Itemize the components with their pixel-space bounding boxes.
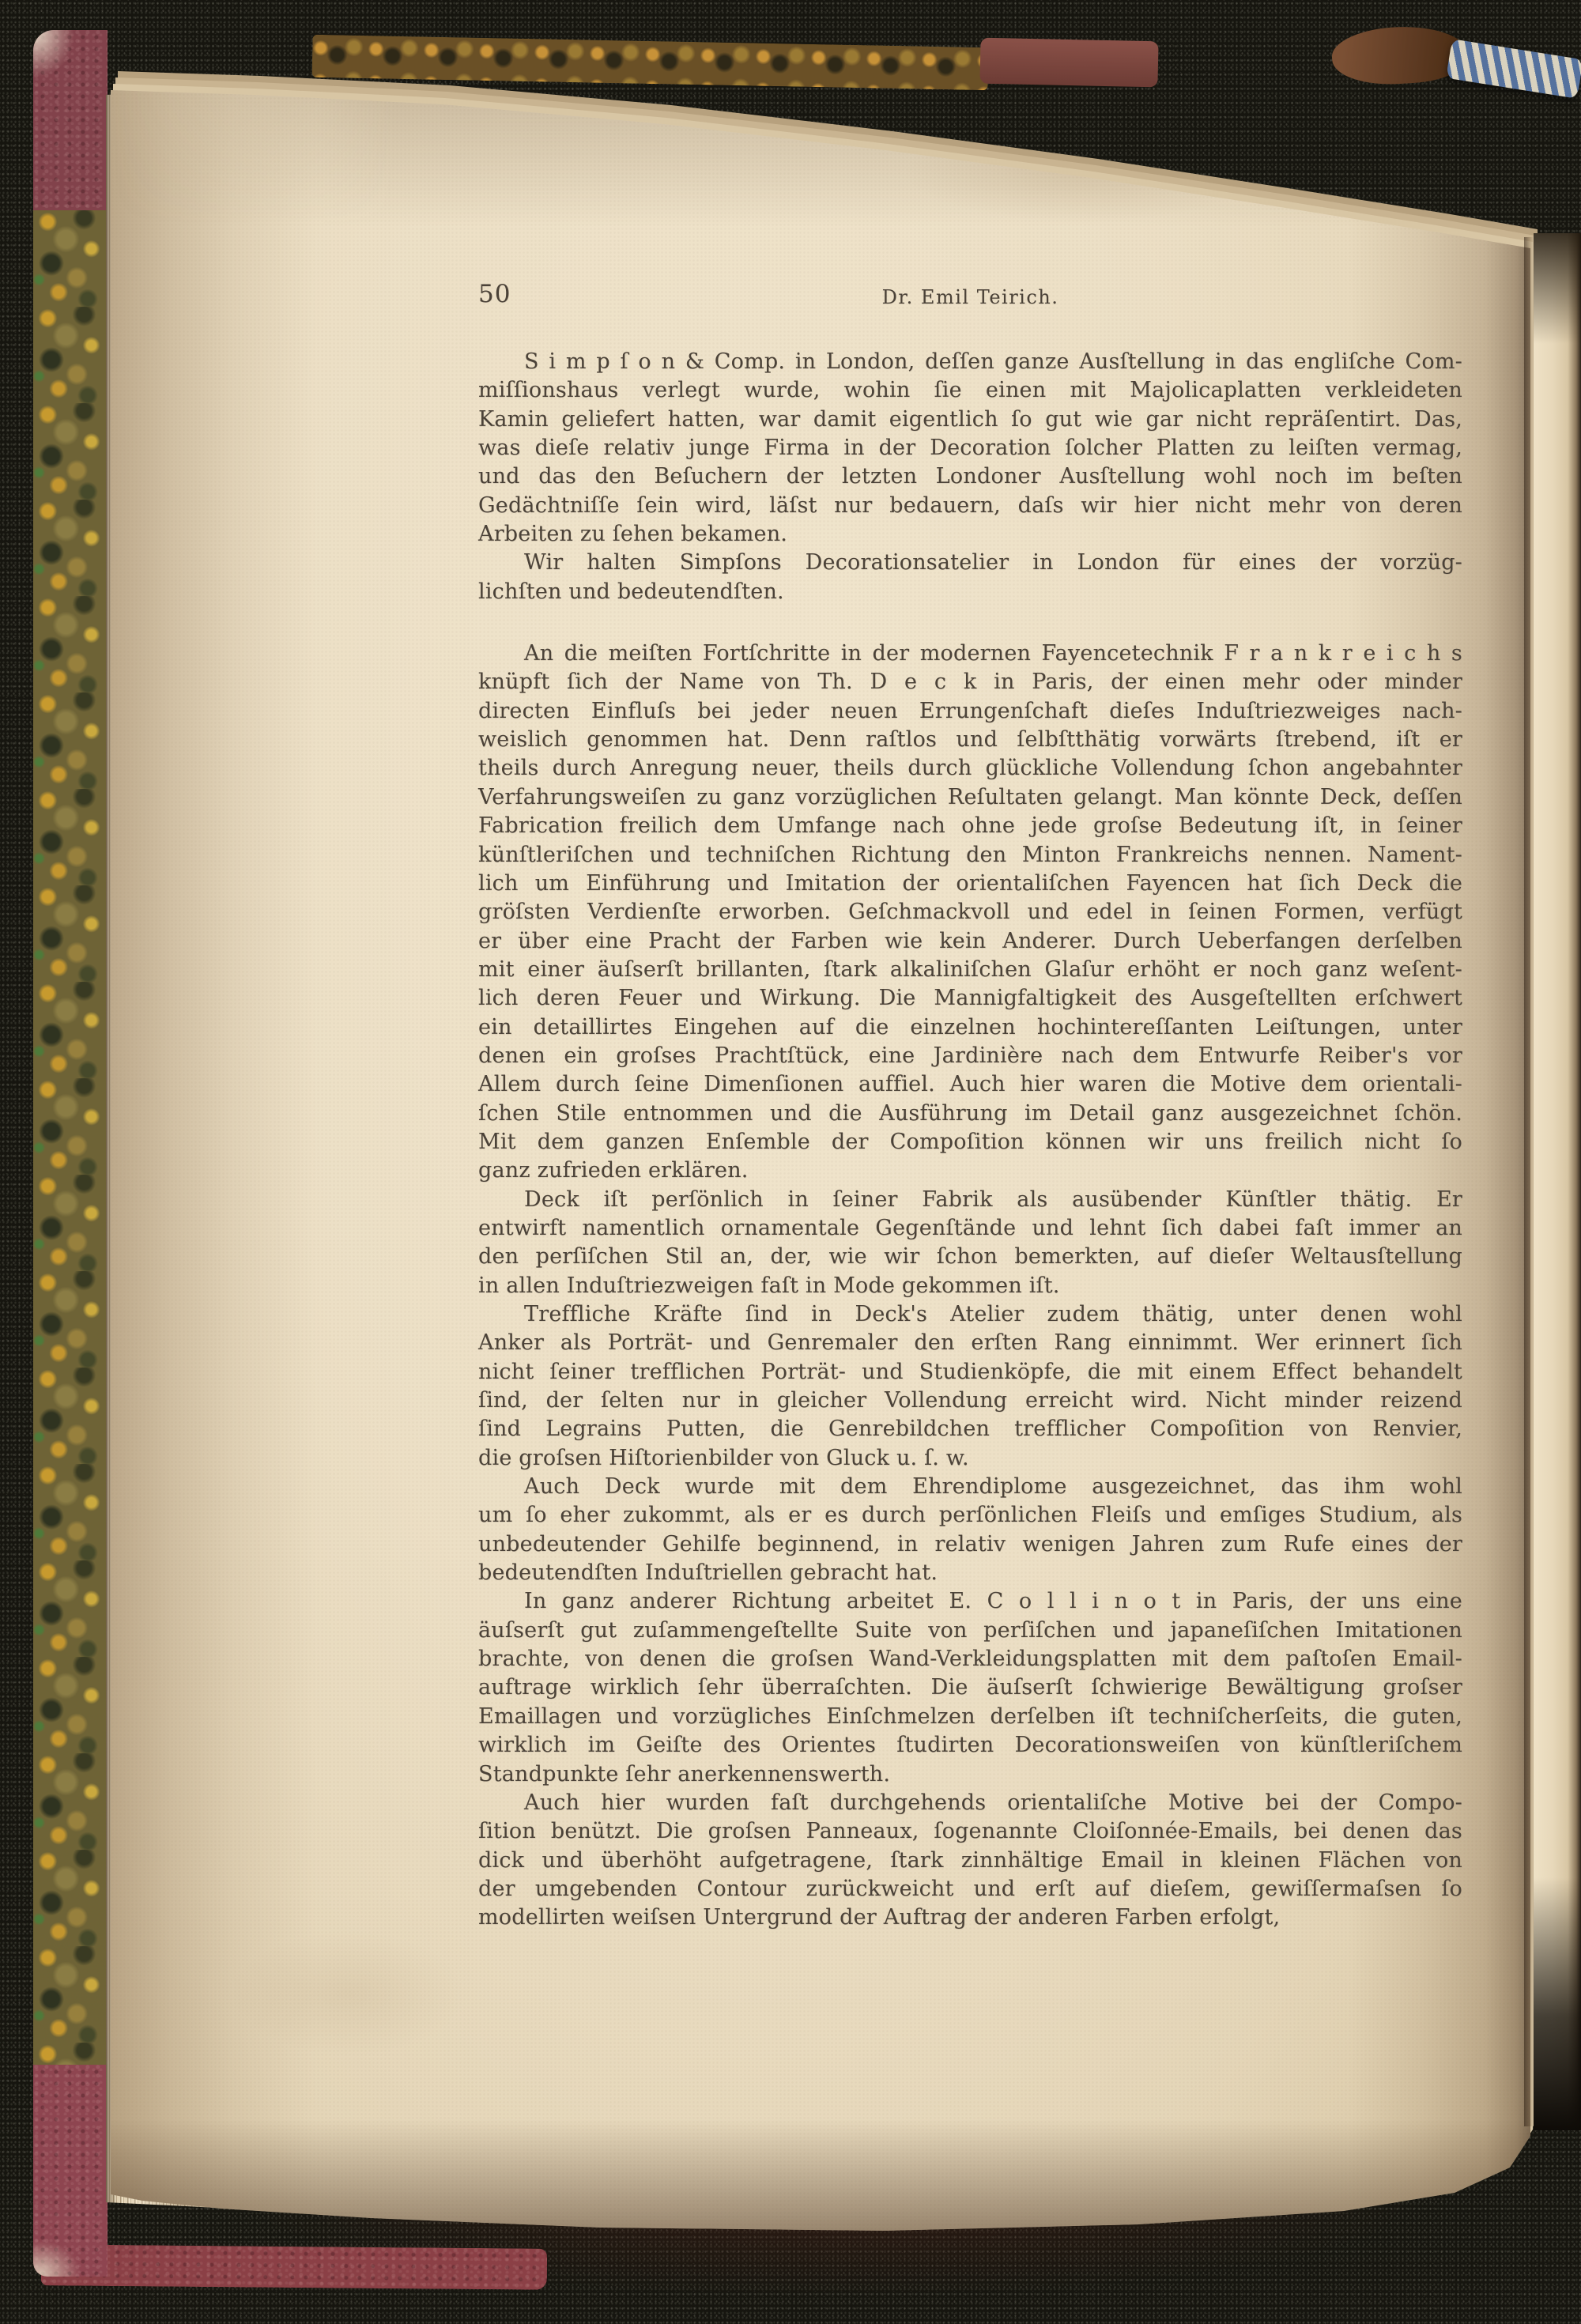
text-line: gröſsten Verdienſte erworben. Geſchmackv… bbox=[478, 898, 1462, 926]
text-line: knüpft ſich der Name von Th. D e c k in … bbox=[478, 668, 1462, 696]
text-line: und das den Beſuchern der letzten London… bbox=[478, 462, 1462, 491]
text-line: Kamin geliefert hatten, war damit eigent… bbox=[478, 406, 1462, 434]
text-line: wirklich im Geiſte des Orientes ſtudirte… bbox=[478, 1731, 1462, 1760]
book-cover-edge bbox=[33, 30, 108, 2277]
text-line: brachte, von denen die groſsen Wand-Verk… bbox=[478, 1645, 1462, 1673]
text-line: in allen Induſtriezweigen faſt in Mode g… bbox=[478, 1272, 1462, 1300]
text-line: Mit dem ganzen Enſemble der Compoſition … bbox=[478, 1128, 1462, 1156]
text-line: den perſiſchen Stil an, der, wie wir ſch… bbox=[478, 1243, 1462, 1271]
text-line: Fabrication freilich dem Umfange nach oh… bbox=[478, 812, 1462, 840]
text-line: weislich genommen hat. Denn raſtlos und … bbox=[478, 726, 1462, 754]
text-line: nicht ſeiner trefflichen Porträt- und St… bbox=[478, 1358, 1462, 1386]
cover-bottom-edge bbox=[41, 2244, 547, 2290]
text-line: ſind Legrains Putten, die Genrebildchen … bbox=[478, 1415, 1462, 1443]
paragraph: Auch hier wurden faſt durchgehends orien… bbox=[478, 1789, 1462, 1933]
spine-top-leather bbox=[979, 38, 1158, 88]
text-line: ganz zufrieden erklären. bbox=[478, 1156, 1462, 1185]
text-line: auftrage wirklich ſehr überraſchten. Die… bbox=[478, 1673, 1462, 1702]
text-line: In ganz anderer Richtung arbeitet E. C o… bbox=[478, 1587, 1462, 1616]
text-line: Auch Deck wurde mit dem Ehrendiplome aus… bbox=[478, 1473, 1462, 1501]
text-line: um ſo eher zukommt, als er es durch perſ… bbox=[478, 1501, 1462, 1530]
text-line: ſition benützt. Die groſsen Panneaux, ſo… bbox=[478, 1817, 1462, 1846]
paragraph: Deck iſt perſönlich in ſeiner Fabrik als… bbox=[478, 1186, 1462, 1300]
text-line: ſchen Stile entnommen und die Ausführung… bbox=[478, 1100, 1462, 1128]
text-line: Emaillagen und vorzügliches Einſchmelzen… bbox=[478, 1703, 1462, 1731]
text-line: directen Einfluſs bei jeder neuen Errung… bbox=[478, 697, 1462, 726]
text-line: er über eine Pracht der Farben wie kein … bbox=[478, 927, 1462, 956]
text-line: Verfahrungsweiſen zu ganz vorzüglichen R… bbox=[478, 783, 1462, 812]
text-line: mit einer äuſserſt brillanten, ſtark alk… bbox=[478, 956, 1462, 984]
text-line: was dieſe relativ junge Firma in der Dec… bbox=[478, 434, 1462, 462]
text-line: der umgebenden Contour zurückweicht und … bbox=[478, 1875, 1462, 1903]
text-line: S i m p ſ o n & Comp. in London, deſſen … bbox=[478, 348, 1462, 376]
paragraph: Treffliche Kräfte ſind in Deck's Atelier… bbox=[478, 1300, 1462, 1473]
paragraph: Wir halten Simpſons Decorationsatelier i… bbox=[478, 549, 1462, 606]
book-scan: 50 Dr. Emil Teirich. S i m p ſ o n & Com… bbox=[0, 0, 1581, 2324]
leather-corner-bottom bbox=[33, 2065, 108, 2277]
leather-corner-top bbox=[33, 30, 108, 210]
text-line: Arbeiten zu ſehen bekamen. bbox=[478, 520, 1462, 549]
text-line: miſſionshaus verlegt wurde, wohin ſie ei… bbox=[478, 376, 1462, 405]
facing-page-edge bbox=[1534, 233, 1581, 2130]
text-line: ein detaillirtes Eingehen auf die einzel… bbox=[478, 1013, 1462, 1042]
running-header: Dr. Emil Teirich. bbox=[478, 286, 1462, 308]
paragraph: An die meiſten Fortſchritte in der moder… bbox=[478, 639, 1462, 1186]
paper-stain bbox=[229, 1930, 466, 2057]
text-line: denen ein groſses Prachtſtück, eine Jard… bbox=[478, 1042, 1462, 1070]
text-line: dick und überhöht aufgetragene, ſtark zi… bbox=[478, 1847, 1462, 1875]
text-line: lichſten und bedeutendſten. bbox=[478, 578, 1462, 606]
text-line: bedeutendſten Induſtriellen gebracht hat… bbox=[478, 1559, 1462, 1587]
text-line: Gedächtniſſe ſein wird, läſst nur bedaue… bbox=[478, 492, 1462, 520]
text-line: unbedeutender Gehilfe beginnend, in rela… bbox=[478, 1530, 1462, 1559]
book-page: 50 Dr. Emil Teirich. S i m p ſ o n & Com… bbox=[111, 49, 1530, 2237]
text-line: ſind, der ſelten nur in gleicher Vollend… bbox=[478, 1386, 1462, 1415]
body-text: S i m p ſ o n & Comp. in London, deſſen … bbox=[478, 348, 1462, 1933]
paragraph: In ganz anderer Richtung arbeitet E. C o… bbox=[478, 1587, 1462, 1788]
text-line: äuſserſt gut zuſammengeſtellte Suite von… bbox=[478, 1617, 1462, 1645]
marbled-paper-edge bbox=[33, 210, 108, 2065]
text-line: Treffliche Kräfte ſind in Deck's Atelier… bbox=[478, 1300, 1462, 1329]
text-line: modellirten weiſsen Untergrund der Auftr… bbox=[478, 1903, 1462, 1932]
text-line: lich um Einführung und Imitation der ori… bbox=[478, 870, 1462, 898]
paragraph: S i m p ſ o n & Comp. in London, deſſen … bbox=[478, 348, 1462, 549]
text-line: lich deren Feuer und Wirkung. Die Mannig… bbox=[478, 984, 1462, 1013]
text-line: Auch hier wurden faſt durchgehends orien… bbox=[478, 1789, 1462, 1817]
text-line: künſtleriſchen und techniſchen Richtung … bbox=[478, 841, 1462, 870]
text-line: die groſsen Hiſtorienbilder von Gluck u.… bbox=[478, 1444, 1462, 1473]
paragraph: Auch Deck wurde mit dem Ehrendiplome aus… bbox=[478, 1473, 1462, 1587]
text-line: entwirft namentlich ornamentale Gegenſtä… bbox=[478, 1214, 1462, 1243]
text-line: Deck iſt perſönlich in ſeiner Fabrik als… bbox=[478, 1186, 1462, 1214]
text-line: Allem durch ſeine Dimenſionen auffiel. A… bbox=[478, 1070, 1462, 1099]
page-left-curve-shading bbox=[111, 49, 316, 2237]
text-line: Wir halten Simpſons Decorationsatelier i… bbox=[478, 549, 1462, 577]
text-line: theils durch Anregung neuer, theils durc… bbox=[478, 754, 1462, 783]
text-line: Standpunkte ſehr anerkennenswerth. bbox=[478, 1760, 1462, 1789]
text-line: Anker als Porträt- und Genremaler den er… bbox=[478, 1329, 1462, 1357]
text-line: An die meiſten Fortſchritte in der moder… bbox=[478, 639, 1462, 668]
